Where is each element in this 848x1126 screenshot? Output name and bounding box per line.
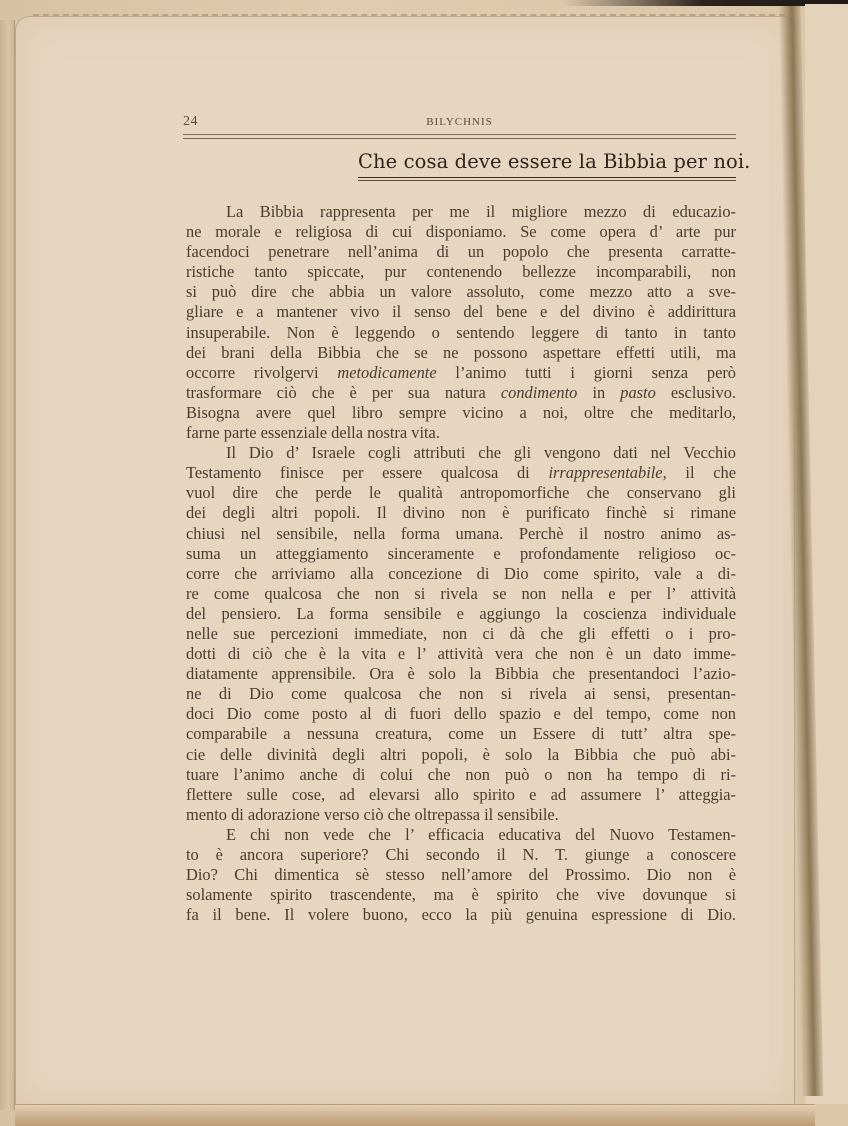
article-body: La Bibbia rappresenta per me il migliore…	[186, 202, 736, 925]
text-line: re come qualcosa che non si rivela se no…	[186, 584, 736, 604]
text-line: to è ancora superiore? Chi secondo il N.…	[186, 845, 736, 865]
text-line: suma un atteggiamento sinceramente e pro…	[186, 544, 736, 564]
text-line: fa il bene. Il volere buono, ecco la più…	[186, 905, 736, 925]
text-line: nelle sue percezioni immediate, non ci d…	[186, 624, 736, 644]
bottom-page-edges	[15, 1104, 815, 1126]
text-line: cie delle divinità degli altri popoli, è…	[186, 745, 736, 765]
text-line: E chi non vede che l’ efficacia educativ…	[186, 825, 736, 845]
text-run: trasformare ciò che è per sua natura	[186, 383, 501, 402]
emphasized-word: pasto	[620, 383, 656, 402]
text-run: Testamento finisce per essere qualcosa d…	[186, 463, 548, 482]
text-line: trasformare ciò che è per sua natura con…	[186, 383, 736, 403]
text-run: occorre rivolgervi	[186, 363, 337, 382]
text-line: mento di adorazione verso ciò che oltrep…	[186, 805, 736, 825]
text-run: in	[577, 383, 620, 402]
left-page-edges	[0, 20, 15, 1110]
text-line: facendoci penetrare nell’anima di un pop…	[186, 242, 736, 262]
text-line: Bisogna avere quel libro sempre vicino a…	[186, 403, 736, 423]
title-underline	[358, 177, 736, 181]
text-line: chiusi nel sensibile, nella forma umana.…	[186, 524, 736, 544]
text-line: flettere sulle cose, ad elevarsi allo sp…	[186, 785, 736, 805]
text-line: dotti di ciò che è la vita e l’ attività…	[186, 644, 736, 664]
text-line: corre che arriviamo alla concezione di D…	[186, 564, 736, 584]
emphasized-word: condimento	[501, 383, 577, 402]
text-line: vuol dire che perde le qualità antropomo…	[186, 483, 736, 503]
text-line: occorre rivolgervi metodicamente l’animo…	[186, 363, 736, 383]
text-run: , il che	[663, 463, 736, 482]
text-line: del pensiero. La forma sensibile e aggiu…	[186, 604, 736, 624]
header-double-rule	[183, 134, 736, 139]
text-line: doci Dio come posto al di fuori dello sp…	[186, 704, 736, 724]
text-line: Dio? Chi dimentica sè stesso nell’amore …	[186, 865, 736, 885]
text-run: l’animo tutti i giorni senza però	[437, 363, 736, 382]
text-line: solamente spirito trascendente, ma è spi…	[186, 885, 736, 905]
article-title: Che cosa deve essere la Bibbia per noi.	[358, 150, 736, 173]
text-line: diatamente apprensibile. Ora è solo la B…	[186, 664, 736, 684]
text-line: gliare e a mantener vivo il senso del be…	[186, 302, 736, 322]
running-header: 24 BILYCHNIS	[183, 114, 736, 134]
text-line: ristiche tanto spiccate, pur contenendo …	[186, 262, 736, 282]
text-line: farne parte essenziale della nostra vita…	[186, 423, 736, 443]
text-line: dei brani della Bibbia che se ne possono…	[186, 343, 736, 363]
text-line: ne di Dio come qualcosa che non si rivel…	[186, 684, 736, 704]
text-line: tuare l’animo anche di colui che non può…	[186, 765, 736, 785]
text-line: si può dire che abbia un valore assoluto…	[186, 282, 736, 302]
text-line: dei degli altri popoli. Il divino non è …	[186, 503, 736, 523]
text-line: Il Dio d’ Israele cogli attributi che gl…	[186, 443, 736, 463]
emphasized-word: metodicamente	[337, 363, 436, 382]
text-line: ne morale e religiosa di cui disponiamo.…	[186, 222, 736, 242]
text-line: La Bibbia rappresenta per me il migliore…	[186, 202, 736, 222]
text-line: Testamento finisce per essere qualcosa d…	[186, 463, 736, 483]
text-line: insuperabile. Non è leggendo o sentendo …	[186, 323, 736, 343]
journal-name: BILYCHNIS	[183, 116, 736, 128]
emphasized-word: irrappresentabile	[548, 463, 662, 482]
text-run: esclusivo.	[656, 383, 736, 402]
text-line: comparabile a nessuna creatura, come un …	[186, 724, 736, 744]
